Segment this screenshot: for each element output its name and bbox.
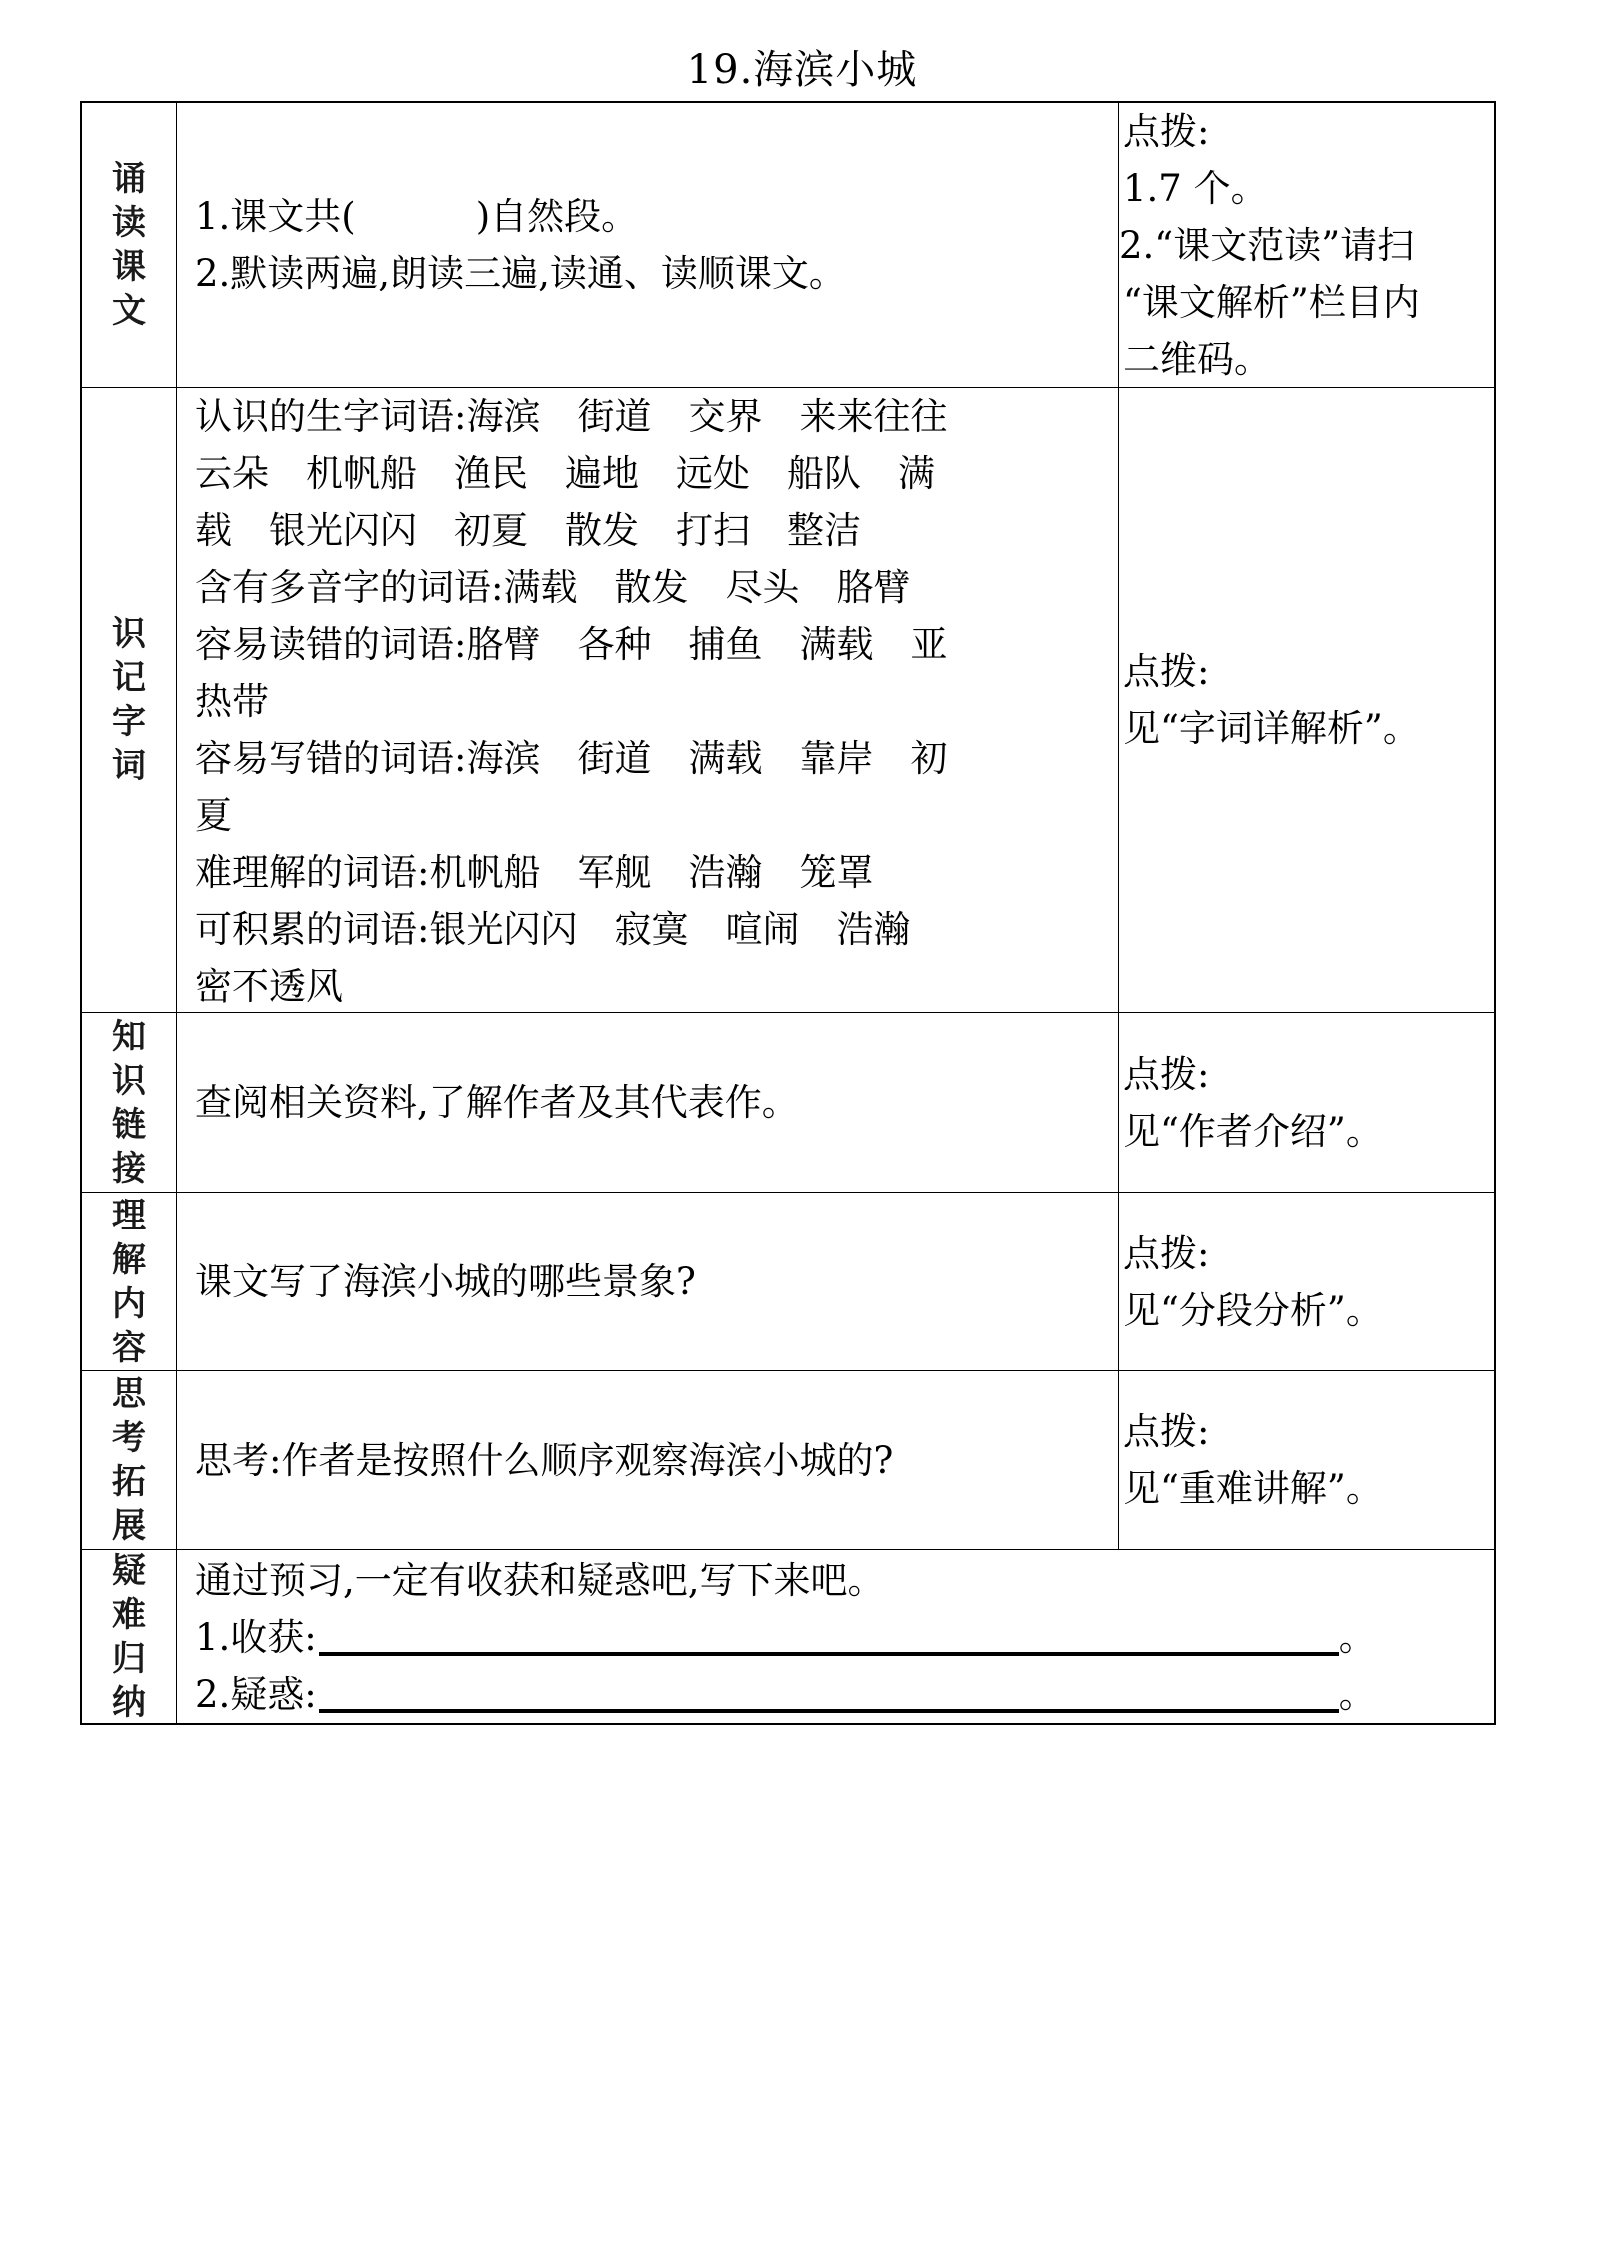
label-char: 容 bbox=[112, 1326, 146, 1370]
end-mark: 。 bbox=[1339, 1616, 1376, 1659]
row-knowledge-link: 知 识 链 接 查阅相关资料,了解作者及其代表作。 点拨: 见“作者介绍”。 bbox=[82, 1013, 1494, 1193]
row-understand-content: 理 解 内 容 课文写了海滨小城的哪些景象? 点拨: 见“分段分析”。 bbox=[82, 1193, 1494, 1371]
row-label: 疑 难 归 纳 bbox=[82, 1550, 177, 1723]
label-char: 链 bbox=[112, 1103, 146, 1147]
row-label: 识 记 字 词 bbox=[82, 388, 177, 1012]
hint-line: 2.“课文范读”请扫 bbox=[1119, 217, 1494, 274]
hint-line: 见“字词详解析”。 bbox=[1123, 700, 1494, 757]
row-think-extend: 思 考 拓 展 思考:作者是按照什么顺序观察海滨小城的? 点拨: 见“重难讲解”… bbox=[82, 1371, 1494, 1550]
row-label: 知 识 链 接 bbox=[82, 1013, 177, 1192]
vocab-line: 容易读错的词语:胳臂 各种 捕鱼 满载 亚 bbox=[195, 616, 1118, 673]
doubt-line: 2.疑惑:。 bbox=[195, 1666, 1494, 1723]
label-char: 读 bbox=[112, 201, 146, 245]
hint-cell: 点拨: 见“作者介绍”。 bbox=[1119, 1013, 1494, 1192]
hint-heading: 点拨: bbox=[1123, 103, 1494, 160]
task-cell: 1.课文共()自然段。 2.默读两遍,朗读三遍,读通、读顺课文。 bbox=[177, 103, 1119, 387]
label-char: 拓 bbox=[112, 1460, 146, 1504]
vocab-line: 容易写错的词语:海滨 街道 满载 靠岸 初 bbox=[195, 730, 1118, 787]
preview-table: 诵 读 课 文 1.课文共()自然段。 2.默读两遍,朗读三遍,读通、读顺课文。… bbox=[80, 101, 1496, 1725]
summary-cell: 通过预习,一定有收获和疑惑吧,写下来吧。 1.收获:。 2.疑惑:。 bbox=[177, 1550, 1494, 1723]
vocab-line: 含有多音字的词语:满载 散发 尽头 胳臂 bbox=[195, 559, 1118, 616]
label-char: 理 bbox=[112, 1194, 146, 1238]
vocab-line: 热带 bbox=[195, 673, 1118, 730]
hint-cell: 点拨: 1.7 个。 2.“课文范读”请扫 “课文解析”栏目内 二维码。 bbox=[1119, 103, 1494, 387]
hint-line: 二维码。 bbox=[1123, 331, 1494, 388]
label-char: 识 bbox=[112, 612, 146, 656]
gain-label: 1.收获: bbox=[195, 1616, 317, 1659]
label-char: 课 bbox=[112, 245, 146, 289]
vocab-line: 夏 bbox=[195, 787, 1118, 844]
hint-cell: 点拨: 见“重难讲解”。 bbox=[1119, 1371, 1494, 1549]
gain-input-blank[interactable] bbox=[319, 1612, 1339, 1656]
hint-heading: 点拨: bbox=[1123, 643, 1494, 700]
task-item-2: 2.默读两遍,朗读三遍,读通、读顺课文。 bbox=[195, 245, 1118, 302]
task-text: 1.课文共( bbox=[195, 195, 356, 238]
vocab-line: 可积累的词语:银光闪闪 寂寞 喧闹 浩瀚 bbox=[195, 901, 1118, 958]
task-text: )自然段。 bbox=[476, 195, 638, 238]
hint-heading: 点拨: bbox=[1123, 1403, 1494, 1460]
label-char: 知 bbox=[112, 1015, 146, 1059]
label-char: 归 bbox=[112, 1637, 146, 1681]
page-title: 19.海滨小城 bbox=[0, 44, 1604, 96]
label-char: 词 bbox=[112, 744, 146, 788]
label-char: 解 bbox=[112, 1238, 146, 1282]
row-summary: 疑 难 归 纳 通过预习,一定有收获和疑惑吧,写下来吧。 1.收获:。 2.疑惑… bbox=[82, 1550, 1494, 1723]
vocab-line: 云朵 机帆船 渔民 遍地 远处 船队 满 bbox=[195, 445, 1118, 502]
end-mark: 。 bbox=[1339, 1673, 1376, 1716]
vocab-line: 认识的生字词语:海滨 街道 交界 来来往往 bbox=[195, 388, 1118, 445]
row-label: 诵 读 课 文 bbox=[82, 103, 177, 387]
label-char: 疑 bbox=[112, 1549, 146, 1593]
hint-cell: 点拨: 见“字词详解析”。 bbox=[1119, 388, 1494, 1012]
label-char: 纳 bbox=[112, 1681, 146, 1725]
row-label: 理 解 内 容 bbox=[82, 1193, 177, 1370]
vocab-line: 难理解的词语:机帆船 军舰 浩瀚 笼罩 bbox=[195, 844, 1118, 901]
label-char: 考 bbox=[112, 1416, 146, 1460]
hint-line: 见“重难讲解”。 bbox=[1123, 1460, 1494, 1517]
label-char: 字 bbox=[112, 700, 146, 744]
label-char: 诵 bbox=[112, 157, 146, 201]
task-cell: 思考:作者是按照什么顺序观察海滨小城的? bbox=[177, 1371, 1119, 1549]
gain-line: 1.收获:。 bbox=[195, 1609, 1494, 1666]
hint-line: 1.7 个。 bbox=[1123, 160, 1494, 217]
label-char: 文 bbox=[112, 289, 146, 333]
hint-cell: 点拨: 见“分段分析”。 bbox=[1119, 1193, 1494, 1370]
label-char: 思 bbox=[112, 1372, 146, 1416]
hint-line: “课文解析”栏目内 bbox=[1123, 274, 1494, 331]
hint-heading: 点拨: bbox=[1123, 1046, 1494, 1103]
task-item-1: 1.课文共()自然段。 bbox=[195, 188, 1118, 245]
label-char: 记 bbox=[112, 656, 146, 700]
hint-line: 见“分段分析”。 bbox=[1123, 1282, 1494, 1339]
task-cell: 查阅相关资料,了解作者及其代表作。 bbox=[177, 1013, 1119, 1192]
vocab-line: 密不透风 bbox=[195, 958, 1118, 1015]
label-char: 内 bbox=[112, 1282, 146, 1326]
summary-intro: 通过预习,一定有收获和疑惑吧,写下来吧。 bbox=[195, 1552, 1494, 1609]
hint-line: 见“作者介绍”。 bbox=[1123, 1103, 1494, 1160]
row-label: 思 考 拓 展 bbox=[82, 1371, 177, 1549]
task-text: 课文写了海滨小城的哪些景象? bbox=[195, 1253, 1118, 1310]
hint-heading: 点拨: bbox=[1123, 1225, 1494, 1282]
label-char: 难 bbox=[112, 1593, 146, 1637]
row-vocabulary: 识 记 字 词 认识的生字词语:海滨 街道 交界 来来往往 云朵 机帆船 渔民 … bbox=[82, 388, 1494, 1013]
label-char: 识 bbox=[112, 1059, 146, 1103]
doubt-input-blank[interactable] bbox=[319, 1669, 1339, 1713]
vocab-line: 载 银光闪闪 初夏 散发 打扫 整洁 bbox=[195, 502, 1118, 559]
row-recite-text: 诵 读 课 文 1.课文共()自然段。 2.默读两遍,朗读三遍,读通、读顺课文。… bbox=[82, 103, 1494, 388]
task-cell: 课文写了海滨小城的哪些景象? bbox=[177, 1193, 1119, 1370]
task-text: 思考:作者是按照什么顺序观察海滨小城的? bbox=[195, 1432, 1118, 1489]
task-text: 查阅相关资料,了解作者及其代表作。 bbox=[195, 1074, 1118, 1131]
doubt-label: 2.疑惑: bbox=[195, 1673, 317, 1716]
label-char: 接 bbox=[112, 1147, 146, 1191]
label-char: 展 bbox=[112, 1504, 146, 1548]
vocabulary-cell: 认识的生字词语:海滨 街道 交界 来来往往 云朵 机帆船 渔民 遍地 远处 船队… bbox=[177, 388, 1119, 1012]
